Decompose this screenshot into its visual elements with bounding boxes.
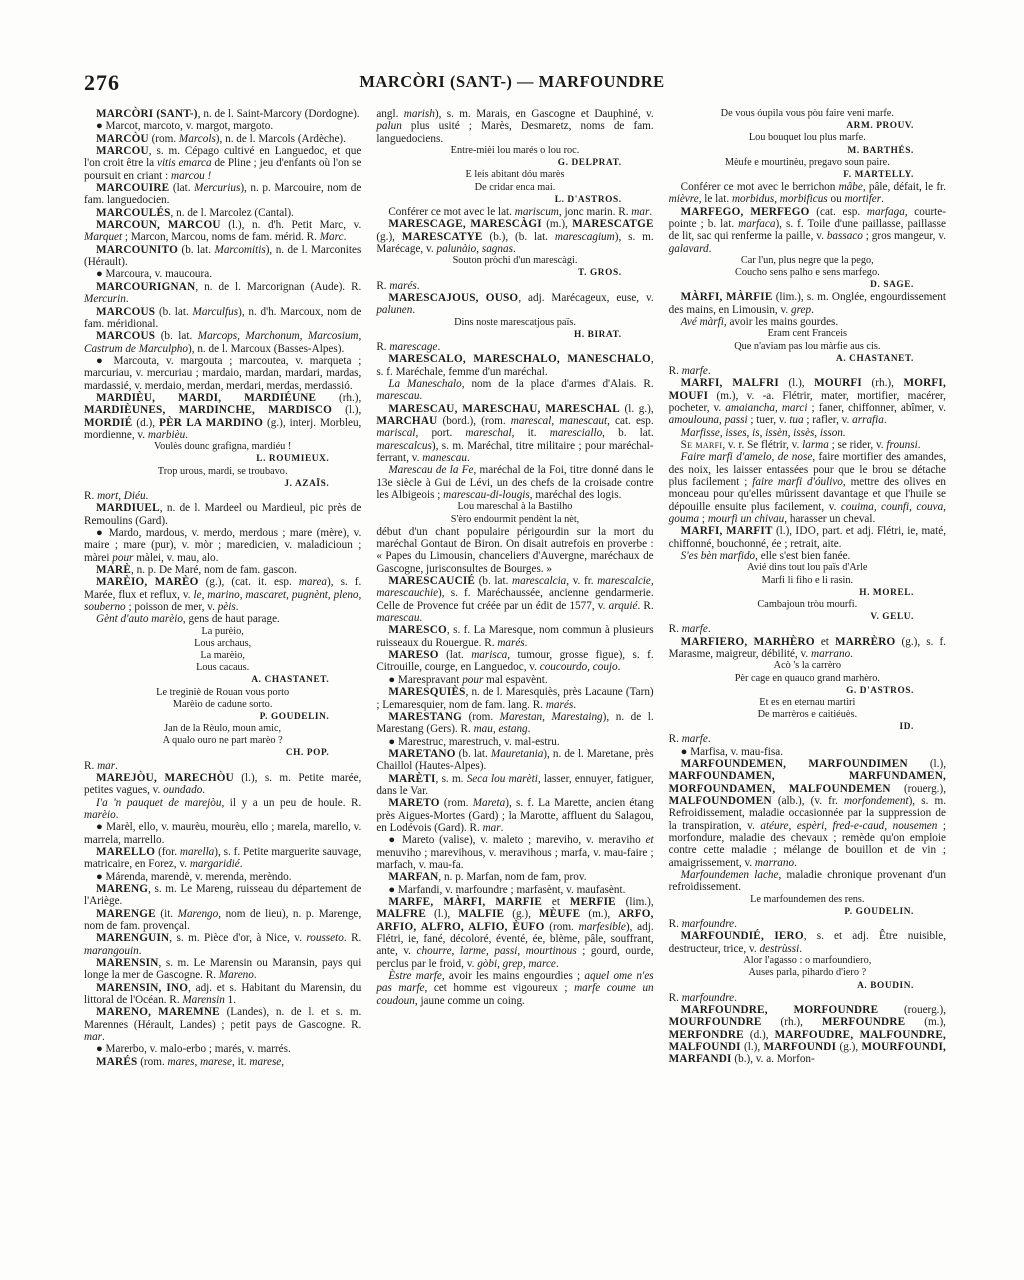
entry-paragraph: ● Mardo, mardous, v. merdo, merdous ; ma… (84, 527, 361, 564)
entry-paragraph: MAREJÒU, MARECHÒU (l.), s. m. Petite mar… (84, 772, 361, 797)
entry-paragraph: MARETANO (b. lat. Mauretania), n. de l. … (376, 748, 653, 773)
author-attribution: L. D'ASTROS. (376, 194, 653, 206)
reference-line: R. marfe. (669, 623, 946, 635)
author-attribution: F. MARTELLY. (669, 169, 946, 181)
author-attribution: T. GROS. (376, 267, 653, 279)
entry-paragraph: MARCOURIGNAN, n. de l. Marcorignan (Aude… (84, 281, 361, 306)
verse-line: Marèio de cadune sorto. (84, 699, 361, 711)
entry-paragraph: MARCOUNITO (b. lat. Marcomitis), n. de l… (84, 244, 361, 269)
entry-paragraph: ● Marcouta, v. margouta ; marcoutea, v. … (84, 355, 361, 392)
verse-line: Et es en eternau martìri (669, 697, 946, 709)
entry-paragraph: MARESCAU, MARESCHAU, MARESCHAL (l. g.), … (376, 403, 653, 465)
author-attribution: V. GELU. (669, 611, 946, 623)
reference-line: R. marfe. (669, 733, 946, 745)
verse-line: Dins noste marescatjous païs. (376, 317, 653, 329)
entry-paragraph: ● Marfandi, v. marfoundre ; marfasènt, v… (376, 884, 653, 896)
verse-line: Le treginiè de Rouan vous porto (84, 687, 361, 699)
verse-line: Avié dins tout lou païs d'Arle (669, 562, 946, 574)
author-attribution: D. SAGE. (669, 279, 946, 291)
entry-paragraph: MARESCAGE, MARESCÀGI (m.), MARESCATGE (g… (376, 218, 653, 255)
entry-paragraph: MARFAN, n. p. Marfan, nom de fam, prov. (376, 871, 653, 883)
author-attribution: M. BARTHÉS. (669, 145, 946, 157)
verse-line: Pèr cage en quauco grand marhèro. (669, 673, 946, 685)
verse-line: Lous cacaus. (84, 662, 361, 674)
verse-line: A qualo ouro ne part marèo ? (84, 735, 361, 747)
reference-line: R. mort, Diéu. (84, 490, 361, 502)
entry-paragraph: ● Márenda, marendè, v. merenda, merèndo. (84, 871, 361, 883)
entry-paragraph: MARESCAJOUS, OUSO, adj. Marécageux, euse… (376, 292, 653, 317)
reference-line: R. marés. (376, 280, 653, 292)
verse-line: La marèio, (84, 650, 361, 662)
entry-paragraph: MARENGE (it. Marengo, nom de lieu), n. p… (84, 908, 361, 933)
entry-paragraph: MARCÒRI (SANT-), n. de l. Saint-Marcory … (84, 108, 361, 120)
entry-paragraph: MARFEGO, MERFEGO (cat. esp. marfaga, cou… (669, 206, 946, 255)
verse-line: Entre-mièi lou marés o lou roc. (376, 145, 653, 157)
entry-paragraph: MARELLO (for. marella), s. f. Petite mar… (84, 846, 361, 871)
entry-paragraph: Faire marfi d'amelo, de nose, faire mort… (669, 451, 946, 525)
entry-paragraph: MARÈ, n. p. De Maré, nom de fam. gascon. (84, 564, 361, 576)
verse-line: Lou bouquet lou plus marfe. (669, 132, 946, 144)
text-columns: MARCÒRI (SANT-), n. de l. Saint-Marcory … (0, 102, 1024, 1068)
running-title: MARCÒRI (SANT-) — MARFOUNDRE (0, 72, 1024, 92)
author-attribution: A. CHASTANET. (84, 674, 361, 686)
verse-line: Marfi li fiho e li rasin. (669, 575, 946, 587)
verse-line: Voulès dounc grafigna, mardiéu ! (84, 441, 361, 453)
verse-line: S'èro endourmit pendènt la nèt, (376, 514, 653, 526)
verse-line: Souton pròchi d'un marescàgi. (376, 255, 653, 267)
entry-paragraph: MARDIUEL, n. de l. Mardeel ou Mardieul, … (84, 502, 361, 527)
entry-paragraph: MARCOU, s. m. Cépago cultivé en Languedo… (84, 145, 361, 182)
entry-paragraph: ● Marerbo, v. malo-erbo ; marés, v. marr… (84, 1043, 361, 1055)
entry-continuation: début d'un chant populaire périgourdin s… (376, 526, 653, 575)
verse-line: Alor l'agasso : o marfoundiero, (669, 955, 946, 967)
entry-continuation: angl. marish), s. m. Marais, en Gascogne… (376, 108, 653, 145)
entry-paragraph: MARFI, MALFRI (l.), MOURFI (rh.), MORFI,… (669, 377, 946, 426)
entry-paragraph: MARFE, MÀRFI, MARFIE et MERFIE (lim.), M… (376, 896, 653, 970)
author-attribution: H. BIRAT. (376, 329, 653, 341)
column-2: angl. marish), s. m. Marais, en Gascogne… (376, 108, 653, 1068)
verse-line: De vous óupila vous pòu faire veni marfe… (669, 108, 946, 120)
entry-paragraph: ● Marcoura, v. maucoura. (84, 268, 361, 280)
entry-paragraph: I'a 'n pauquet de marejòu, il y a un peu… (84, 797, 361, 822)
verse-line: Trop urous, mardi, se troubavo. (84, 466, 361, 478)
entry-paragraph: ● Marfisa, v. mau-fisa. (669, 746, 946, 758)
entry-paragraph: Marfoundemen lache, maladie chronique pr… (669, 869, 946, 894)
entry-paragraph: Marfisse, isses, is, issèn, issès, isson… (669, 427, 946, 439)
entry-paragraph: ● Marèl, ello, v. maurèu, mourèu, ello ;… (84, 821, 361, 846)
entry-paragraph: MARÈTI, s. m. Seca lou marèti, lasser, e… (376, 773, 653, 798)
reference-line: R. marfe. (669, 365, 946, 377)
verse-line: La purèio, (84, 626, 361, 638)
author-attribution: J. AZAÏS. (84, 478, 361, 490)
page-header: 276 MARCÒRI (SANT-) — MARFOUNDRE (0, 0, 1024, 102)
entry-paragraph: MARCOUS (b. lat. Marcops, Marchonum, Mar… (84, 330, 361, 355)
entry-paragraph: MARESQUIÈS, n. de l. Maresquiès, près La… (376, 686, 653, 711)
author-attribution: L. ROUMIEUX. (84, 453, 361, 465)
reference-line: R. mar. (84, 760, 361, 772)
entry-paragraph: Conférer ce mot avec le berrichon mâbe, … (669, 181, 946, 206)
entry-paragraph: Conférer ce mot avec le lat. mariscum, j… (376, 206, 653, 218)
verse-line: Eram cent Franceis (669, 328, 946, 340)
author-attribution: ARM. PROUV. (669, 120, 946, 132)
author-attribution: G. DELPRAT. (376, 157, 653, 169)
column-1: MARCÒRI (SANT-), n. de l. Saint-Marcory … (84, 108, 361, 1068)
entry-paragraph: MARESO (lat. marisca, tumour, grosse fig… (376, 649, 653, 674)
entry-paragraph: Èstre marfe, avoir les mains engourdies … (376, 970, 653, 1007)
entry-paragraph: ● Marcot, marcoto, v. margot, margoto. (84, 120, 361, 132)
entry-paragraph: MARETO (rom. Mareta), s. f. La Marette, … (376, 797, 653, 834)
verse-line: Cambajoun tròu mourfi. (669, 599, 946, 611)
entry-paragraph: MARFIERO, MARHÈRO et MARRÈRO (g.), s. f.… (669, 636, 946, 661)
verse-line: Acò 's la carrèro (669, 660, 946, 672)
entry-paragraph: MARCOUS (b. lat. Marculfus), n. d'h. Mar… (84, 306, 361, 331)
verse-line: De cridar enca mai. (376, 182, 653, 194)
entry-paragraph: MARFOUNDRE, MORFOUNDRE (rouerg.), MOURFO… (669, 1004, 946, 1066)
entry-paragraph: La Maneschalo, nom de la place d'armes d… (376, 378, 653, 403)
verse-line: Jan de la Rèulo, moun amic, (84, 723, 361, 735)
entry-paragraph: Marescau de la Fe, maréchal de la Foi, t… (376, 464, 653, 501)
entry-paragraph: MARCOULÉS, n. de l. Marcolez (Cantal). (84, 207, 361, 219)
verse-line: Coucho sens palho e sens marfego. (669, 267, 946, 279)
entry-paragraph: Avé màrfi, avoir les mains gourdes. (669, 316, 946, 328)
verse-line: De marrèros e caitiéuès. (669, 709, 946, 721)
author-attribution: G. D'ASTROS. (669, 685, 946, 697)
entry-paragraph: ● Mareto (valise), v. maleto ; mareviho,… (376, 834, 653, 871)
author-attribution: H. MOREL. (669, 587, 946, 599)
verse-line: Mèufe e mourtinèu, pregavo soun paire. (669, 157, 946, 169)
reference-line: R. marfoundre. (669, 992, 946, 1004)
entry-paragraph: MARCOUIRE (lat. Mercurius), n. p. Marcou… (84, 182, 361, 207)
verse-line: Le marfoundemen des rens. (669, 894, 946, 906)
entry-paragraph: MARESCALO, MARESCHALO, MANESCHALO, s. f.… (376, 353, 653, 378)
column-3: De vous óupila vous pòu faire veni marfe… (669, 108, 946, 1068)
entry-paragraph: MARCÒU (rom. Marcols), n. de l. Marcols … (84, 133, 361, 145)
reference-line: R. marescage. (376, 341, 653, 353)
entry-paragraph: MARENO, MAREMNE (Landes), n. de l. et s.… (84, 1006, 361, 1043)
entry-paragraph: MARESCAUCIÉ (b. lat. marescalcia, v. fr.… (376, 575, 653, 624)
entry-paragraph: MARFOUNDEMEN, MARFOUNDIMEN (l.), MARFOUN… (669, 758, 946, 869)
entry-paragraph: MARFOUNDIÉ, IERO, s. et adj. Être nuisib… (669, 930, 946, 955)
verse-line: Lous archaus, (84, 638, 361, 650)
entry-paragraph: MÀRFI, MÀRFIE (lim.), s. m. Onglée, engo… (669, 291, 946, 316)
entry-paragraph: MARESCO, s. f. La Maresque, nom commun à… (376, 624, 653, 649)
entry-paragraph: Gènt d'auto marèio, gens de haut parage. (84, 613, 361, 625)
entry-paragraph: MARDIÈU, MARDI, MARDIÉUNE (rh.), MARDIÈU… (84, 392, 361, 441)
entry-paragraph: MARENGUIN, s. m. Pièce d'or, à Nice, v. … (84, 932, 361, 957)
entry-paragraph: MARFI, MARFIT (l.), IDO, part. et adj. F… (669, 525, 946, 550)
entry-paragraph: MARCOUN, MARCOU (l.), n. d'h. Petit Marc… (84, 219, 361, 244)
entry-paragraph: MARENG, s. m. Le Mareng, ruisseau du dép… (84, 883, 361, 908)
author-attribution: P. GOUDELIN. (669, 906, 946, 918)
author-attribution: A. BOUDIN. (669, 980, 946, 992)
entry-paragraph: ● Marestruc, marestruch, v. mal-estru. (376, 736, 653, 748)
verse-line: Car l'un, plus negre que la pego, (669, 255, 946, 267)
entry-paragraph: MARÈIO, MARÈO (g.), (cat. it. esp. marea… (84, 576, 361, 613)
author-attribution: P. GOUDELIN. (84, 711, 361, 723)
entry-paragraph: MARÉS (rom. mares, marese, it. marese, (84, 1056, 361, 1068)
author-attribution: A. CHASTANET. (669, 353, 946, 365)
verse-line: Auses parla, pihardo d'iero ? (669, 967, 946, 979)
verse-line: Que n'aviam pas lou màrfie aus cis. (669, 341, 946, 353)
dictionary-page: 276 MARCÒRI (SANT-) — MARFOUNDRE MARCÒRI… (0, 0, 1024, 1280)
entry-paragraph: MARENSIN, INO, adj. et s. Habitant du Ma… (84, 982, 361, 1007)
entry-paragraph: MARENSIN, s. m. Le Marensin ou Maransin,… (84, 957, 361, 982)
author-attribution: CH. POP. (84, 747, 361, 759)
entry-paragraph: ● Marespravant pour mal espavènt. (376, 674, 653, 686)
page-number: 276 (84, 70, 120, 96)
author-attribution: ID. (669, 721, 946, 733)
reference-line: R. marfoundre. (669, 918, 946, 930)
entry-paragraph: Se marfi, v. r. Se flétrir, v. larma ; s… (669, 439, 946, 451)
entry-paragraph: MARESTANG (rom. Marestan, Marestaing), n… (376, 711, 653, 736)
verse-line: E leis abitant dóu marès (376, 169, 653, 181)
verse-line: Lou mareschal à la Bastilho (376, 501, 653, 513)
entry-paragraph: S'es bèn marfido, elle s'est bien fanée. (669, 550, 946, 562)
